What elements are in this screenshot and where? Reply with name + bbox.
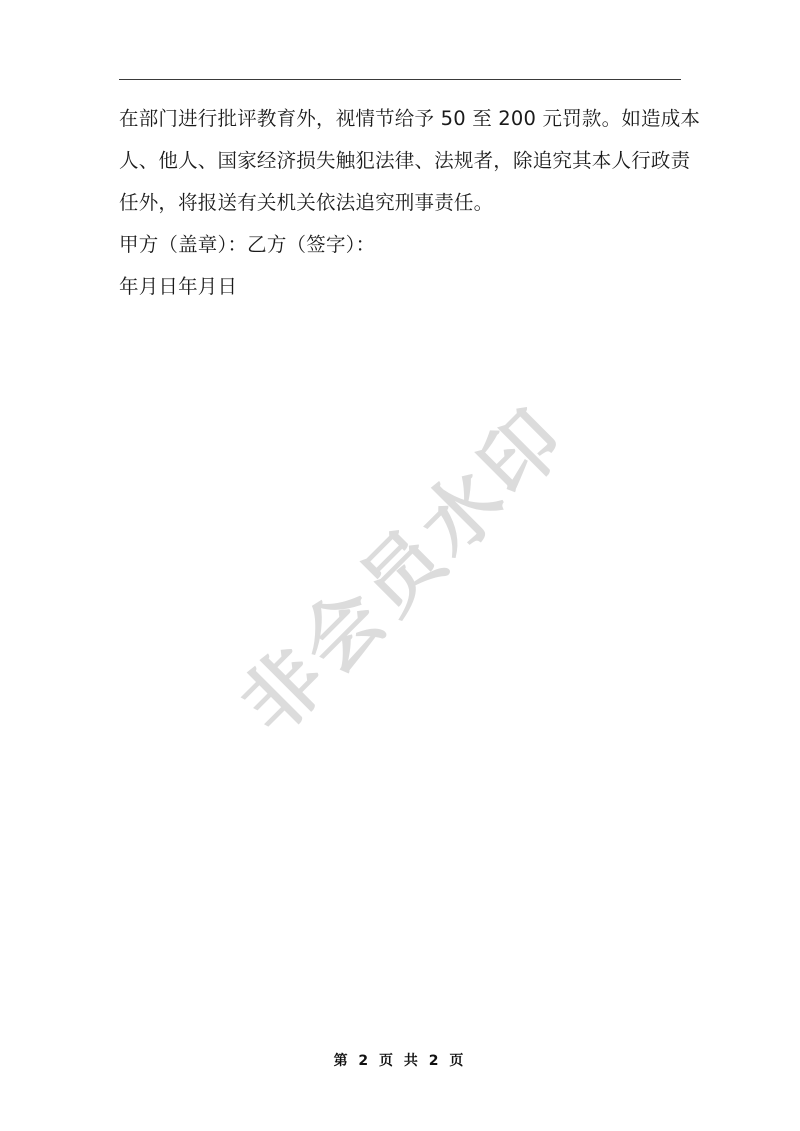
document-body: 在部门进行批评教育外，视情节给予 50 至 200 元罚款。如造成本 人、他人、… bbox=[119, 98, 689, 308]
date-line: 年月日年月日 bbox=[119, 266, 689, 308]
page-number: 第 2 页 共 2 页 bbox=[0, 1050, 800, 1070]
paragraph-line-2: 人、他人、国家经济损失触犯法律、法规者，除追究其本人行政责 bbox=[119, 140, 689, 182]
paragraph-line-3: 任外，将报送有关机关依法追究刑事责任。 bbox=[119, 182, 689, 224]
paragraph-line-1: 在部门进行批评教育外，视情节给予 50 至 200 元罚款。如造成本 bbox=[119, 98, 689, 140]
watermark: 非会员水印 bbox=[212, 378, 588, 754]
document-page: 在部门进行批评教育外，视情节给予 50 至 200 元罚款。如造成本 人、他人、… bbox=[0, 0, 800, 1131]
header-divider bbox=[119, 79, 681, 80]
signature-line: 甲方（盖章）：乙方（签字）： bbox=[119, 224, 689, 266]
